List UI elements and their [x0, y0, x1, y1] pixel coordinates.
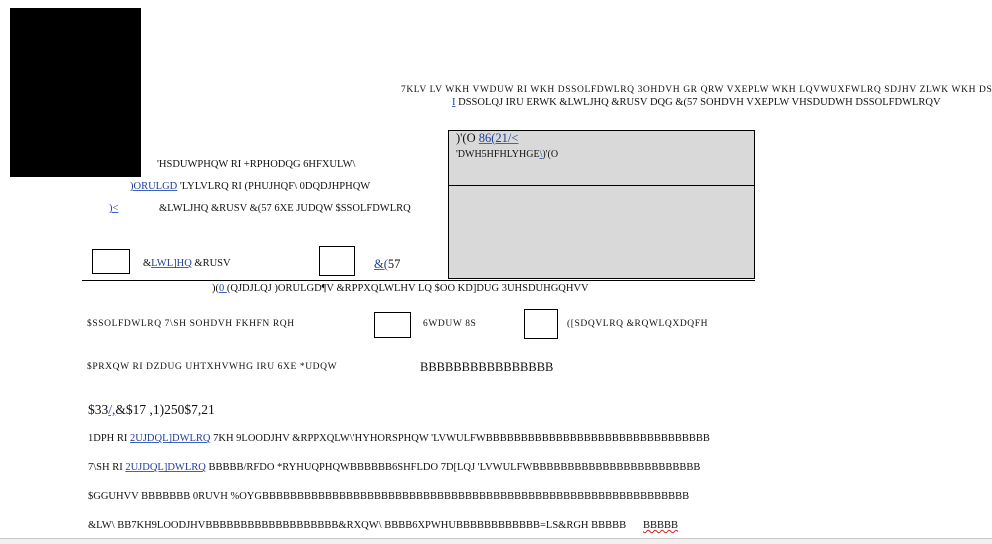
applicant-heading: $33/,&$17 ,1)250$7,21	[88, 402, 215, 418]
section-divider	[82, 280, 755, 281]
instruction-line-1: 7KLV LV WKH VWDUW RI WKH DSSOLFDWLRQ 3OH…	[401, 85, 992, 95]
zip-continuation-field[interactable]: BBBBB	[643, 520, 678, 531]
status-bar	[0, 538, 992, 544]
redacted-logo	[10, 8, 141, 177]
division-name: )ORULGD 'LYLVLRQ RI (PHUJHQF\ 0DQDJHPHQW	[130, 181, 370, 192]
address-row[interactable]: $GGUHVV BBBBBBB 0RUVH %OYGBBBBBBBBBBBBBB…	[88, 491, 689, 502]
fiscal-year-link[interactable]: )<	[109, 203, 118, 214]
office-use-link[interactable]: 86(21/<	[479, 131, 519, 145]
cert-checkbox[interactable]	[319, 246, 355, 276]
cert-label: &(57	[374, 257, 400, 272]
program-title: &LWLJHQ &RUSV &(57 6XE JUDQW $SSOLFDWLRQ	[159, 203, 411, 214]
city-county-zip-row[interactable]: &LW\ BB7KH9LOODJHVBBBBBBBBBBBBBBBBBBB&RX…	[88, 520, 626, 531]
date-received-field[interactable]: 'DWH5HFHLYHGE\)'(O	[456, 149, 558, 160]
fiscal-year: )<	[109, 203, 118, 214]
office-use-title: )'(O 86(21/<	[456, 131, 518, 146]
organization-name-row[interactable]: 1DPH RI 2UJDQL]DWLRQ 7KH 9LOODJHV &RPPXQ…	[88, 433, 710, 444]
division-link[interactable]: )ORULGD	[130, 181, 177, 192]
instruction-line-2: I DSSOLQJ IRU ERWK &LWLJHQ &RUSV DQG &(5…	[452, 97, 941, 108]
amount-label: $PRXQW RI DZDUG UHTXHVWHG IRU 6XE *UDQW	[87, 362, 337, 372]
start-up-checkbox[interactable]	[374, 312, 411, 338]
citizen-corps-checkbox[interactable]	[92, 249, 130, 274]
program-subtitle: )(0 (QJDJLQJ )ORULGD¶V &RPPXQLWLHV LQ $O…	[212, 283, 589, 294]
start-up-label: 6WDUW 8S	[423, 319, 476, 329]
expansion-label: ([SDQVLRQ &RQWLQXDQFH	[567, 319, 708, 329]
amount-field[interactable]: BBBBBBBBBBBBBBBB	[420, 360, 553, 375]
citizen-corps-label: &LWL]HQ &RUSV	[143, 258, 231, 269]
expansion-checkbox[interactable]	[524, 309, 558, 339]
department-name: 'HSDUWPHQW RI +RPHODQG 6HFXULW\	[157, 159, 355, 170]
panel-divider	[449, 185, 754, 186]
application-type-label: $SSOLFDWLRQ 7\SH SOHDVH FKHFN RQH	[87, 319, 295, 329]
organization-type-row[interactable]: 7\SH RI 2UJDQL]DWLRQ BBBBB/RFDO *RYHUQPH…	[88, 462, 700, 473]
office-use-panel: )'(O 86(21/< 'DWH5HFHLYHGE\)'(O	[448, 130, 755, 279]
